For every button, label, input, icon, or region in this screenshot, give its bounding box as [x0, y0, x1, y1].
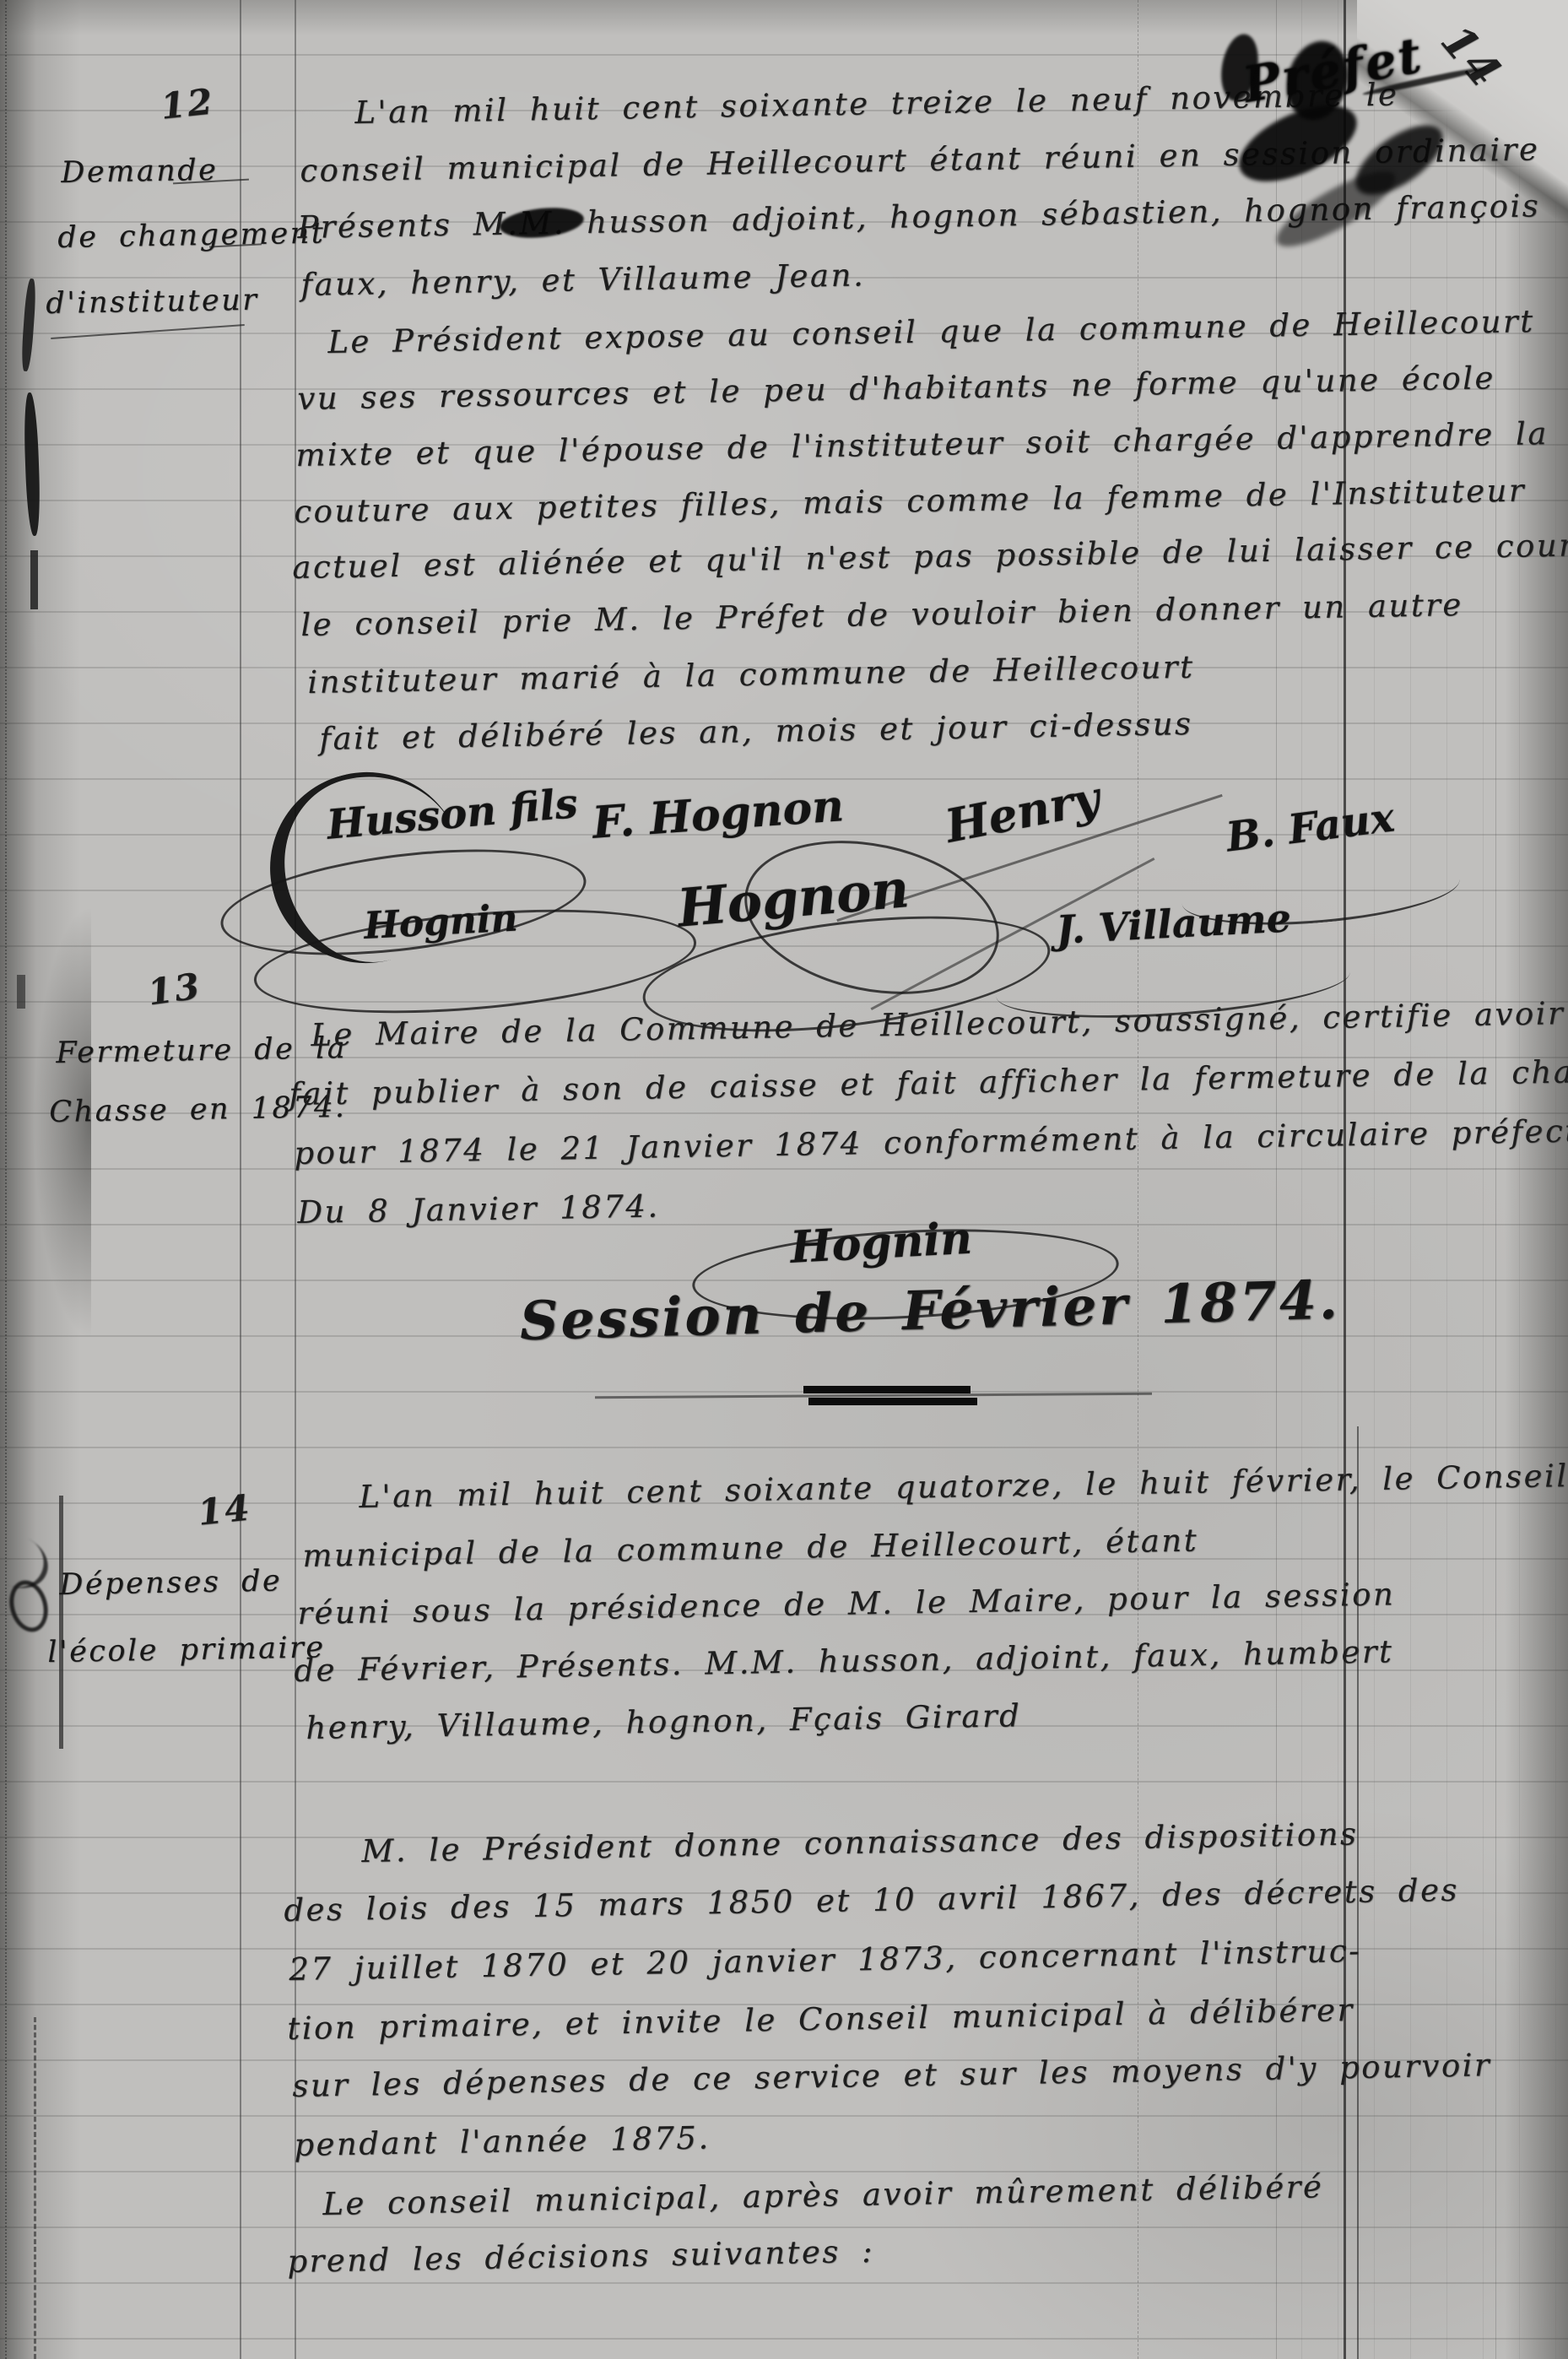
margin-entry-number: 12: [159, 80, 216, 127]
signature: F. Hognon: [591, 780, 846, 849]
deliberation-line: Du 8 Janvier 1874.: [297, 1188, 660, 1231]
signature: Hognin: [363, 896, 519, 947]
margin-rule-left: [240, 0, 241, 2359]
deliberation-line: pendant l'année 1875.: [294, 2119, 711, 2163]
page-crease: [59, 1496, 63, 1749]
ruling-line-vertical: [1495, 0, 1496, 2359]
session-heading: Session de Février 1874.: [519, 1269, 1340, 1352]
ink-blot: Préfet: [1188, 34, 1509, 236]
deliberation-line: réuni sous la présidence de M. le Maire,…: [297, 1576, 1396, 1631]
deliberation-line: instituteur marié à la commune de Heille…: [307, 649, 1195, 701]
deliberation-line: fait et délibéré les an, mois et jour ci…: [319, 706, 1193, 757]
margin-note-line: Dépenses de: [59, 1564, 282, 1602]
deliberation-line: de Février, Présents. M.M. husson, adjoi…: [294, 1633, 1394, 1689]
binding-ink-mark: [30, 550, 38, 609]
margin-entry-number: 14: [196, 1486, 253, 1533]
deliberation-line: tion primaire, et invite le Conseil muni…: [287, 1992, 1354, 2047]
margin-rule-right: [295, 0, 296, 2359]
deliberation-line: Le conseil municipal, après avoir mûreme…: [322, 2168, 1324, 2222]
signature: Hognin: [789, 1213, 973, 1274]
left-dotted-rule: [5, 0, 7, 2359]
margin-note-line: Fermeture de la: [56, 1031, 347, 1070]
signature: J. Villaume: [1055, 895, 1292, 953]
heading-underline-bar: [808, 1398, 977, 1405]
heading-underline-bar: [803, 1386, 971, 1393]
deliberation-line: prend les décisions suivantes :: [287, 2233, 874, 2280]
margin-entry-number: 13: [145, 965, 204, 1013]
register-page-scan: 14 12 Demande de changement d'instituteu…: [0, 0, 1568, 2359]
deliberation-line: M. le Président donne connaissance des d…: [361, 1815, 1359, 1869]
deliberation-line: faux, henry, et Villaume Jean.: [300, 257, 865, 303]
margin-note-line: Demande: [61, 154, 219, 190]
deliberation-line: municipal de la commune de Heillecourt, …: [302, 1522, 1198, 1574]
margin-note-line: de changement: [57, 216, 326, 255]
margin-note-line: l'école primaire: [47, 1631, 326, 1669]
binding-ink-mark: [17, 975, 25, 1009]
margin-note-line: d'instituteur: [46, 284, 259, 321]
deliberation-line: henry, Villaume, hognon, Fçais Girard: [305, 1697, 1022, 1746]
deliberation-line: 27 juillet 1870 et 20 janvier 1873, conc…: [289, 1933, 1361, 1988]
binding-stitch-line: [34, 2017, 36, 2359]
